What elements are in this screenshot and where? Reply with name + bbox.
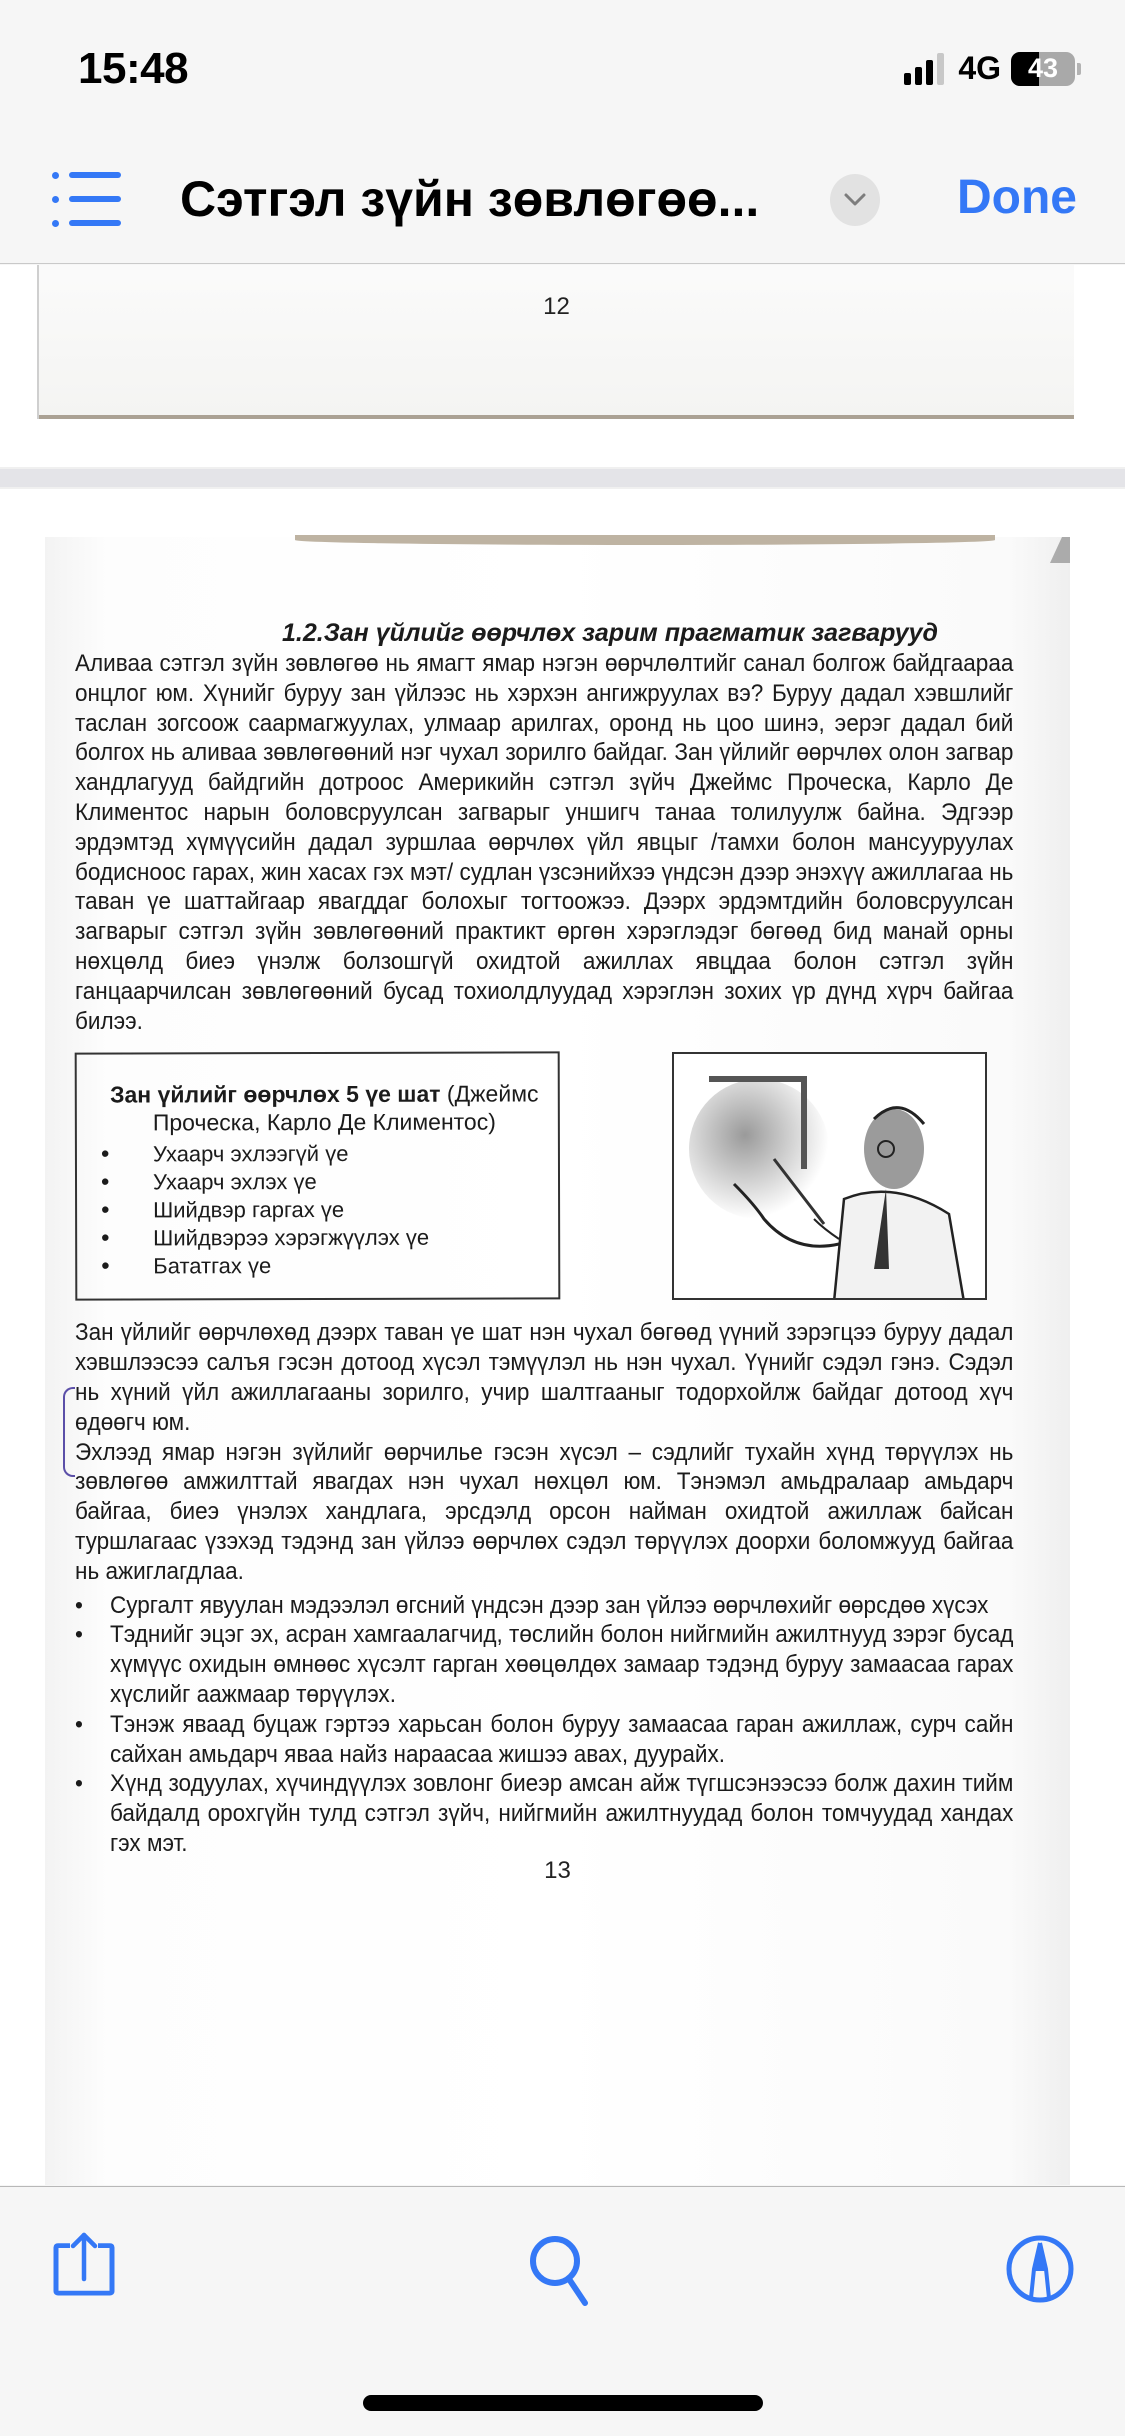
bullet-item: Тэднийг эцэг эх, асран хамгаалагчид, төс… [75, 1620, 1013, 1709]
page-number: 12 [39, 293, 1074, 321]
status-time: 15:48 [78, 44, 188, 94]
stages-title-bold: Зан үйлийг өөрчлөх 5 үе шат [110, 1081, 441, 1108]
search-icon[interactable] [522, 2229, 602, 2309]
paragraph-experience: Эхлээд ямар нэгэн зүйлийг өөрчилье гэсэн… [75, 1438, 1013, 1587]
markup-icon[interactable] [1000, 2229, 1080, 2309]
signal-icon [904, 53, 944, 85]
document-viewer[interactable]: 12 1.2.Зан үйлийг өөрчлөх зарим прагмати… [0, 265, 1125, 2185]
torn-edge [295, 535, 995, 545]
paragraph-motivation: Зан үйлийг өөрчлөхөд дээрх таван үе шат … [75, 1318, 1013, 1437]
battery-icon: 43 [1011, 52, 1075, 86]
status-bar: 15:48 4G 43 [0, 0, 1125, 140]
bottom-toolbar [0, 2186, 1125, 2436]
stage-item: Ухаарч эхлэх үе [101, 1168, 548, 1197]
page-13: 1.2.Зан үйлийг өөрчлөх зарим прагматик з… [45, 537, 1070, 2185]
list-icon[interactable] [52, 172, 122, 228]
bullet-list: Сургалт явуулан мэдээлэл өгсний үндсэн д… [75, 1591, 1013, 1859]
page-separator [0, 467, 1125, 489]
page-12: 12 [37, 265, 1074, 419]
bullet-item: Тэнэж яваад буцаж гэртээ харьсан болон б… [75, 1710, 1013, 1770]
chevron-down-icon[interactable] [830, 174, 880, 226]
home-indicator[interactable] [363, 2395, 763, 2411]
stage-item: Бататгах үе [101, 1252, 548, 1281]
battery-percent: 43 [1028, 53, 1058, 84]
network-label: 4G [958, 50, 1001, 87]
bullet-item: Сургалт явуулан мэдээлэл өгсний үндсэн д… [75, 1591, 1013, 1621]
section-title: 1.2.Зан үйлийг өөрчлөх зарим прагматик з… [75, 617, 1015, 649]
page-number: 13 [45, 1857, 1070, 1885]
stages-box: Зан үйлийг өөрчлөх 5 үе шат (Джеймс Проч… [75, 1052, 561, 1301]
document-title[interactable]: Сэтгэл зүйн зөвлөгөө... [180, 170, 759, 228]
handwritten-bracket [63, 1387, 75, 1477]
figure-row: Зан үйлийг өөрчлөх 5 үе шат (Джеймс Проч… [75, 1052, 1015, 1300]
bullet-item: Хүнд зодуулах, хүчиндүүлэх зовлонг биеэр… [75, 1769, 1013, 1858]
stages-list: Ухаарч эхлээгүй үе Ухаарч эхлэх үе Шийдв… [101, 1140, 548, 1281]
page-content: 1.2.Зан үйлийг өөрчлөх зарим прагматик з… [75, 617, 1015, 1859]
done-button[interactable]: Done [957, 170, 1077, 225]
nav-bar: Сэтгэл зүйн зөвлөгөө... Done [0, 140, 1125, 264]
battery-tip [1077, 63, 1081, 75]
stage-item: Шийдвэр гаргах үе [101, 1196, 548, 1225]
stage-item: Шийдвэрээ хэрэгжүүлэх үе [101, 1224, 548, 1253]
status-indicators: 4G 43 [904, 50, 1081, 87]
stages-box-title: Зан үйлийг өөрчлөх 5 үе шат (Джеймс Проч… [101, 1080, 548, 1137]
presenter-illustration [672, 1052, 987, 1300]
share-icon[interactable] [44, 2229, 124, 2309]
intro-paragraph: Аливаа сэтгэл зүйн зөвлөгөө нь ямагт яма… [75, 649, 1013, 1036]
page-corner [1050, 537, 1070, 563]
stage-item: Ухаарч эхлээгүй үе [101, 1140, 548, 1169]
